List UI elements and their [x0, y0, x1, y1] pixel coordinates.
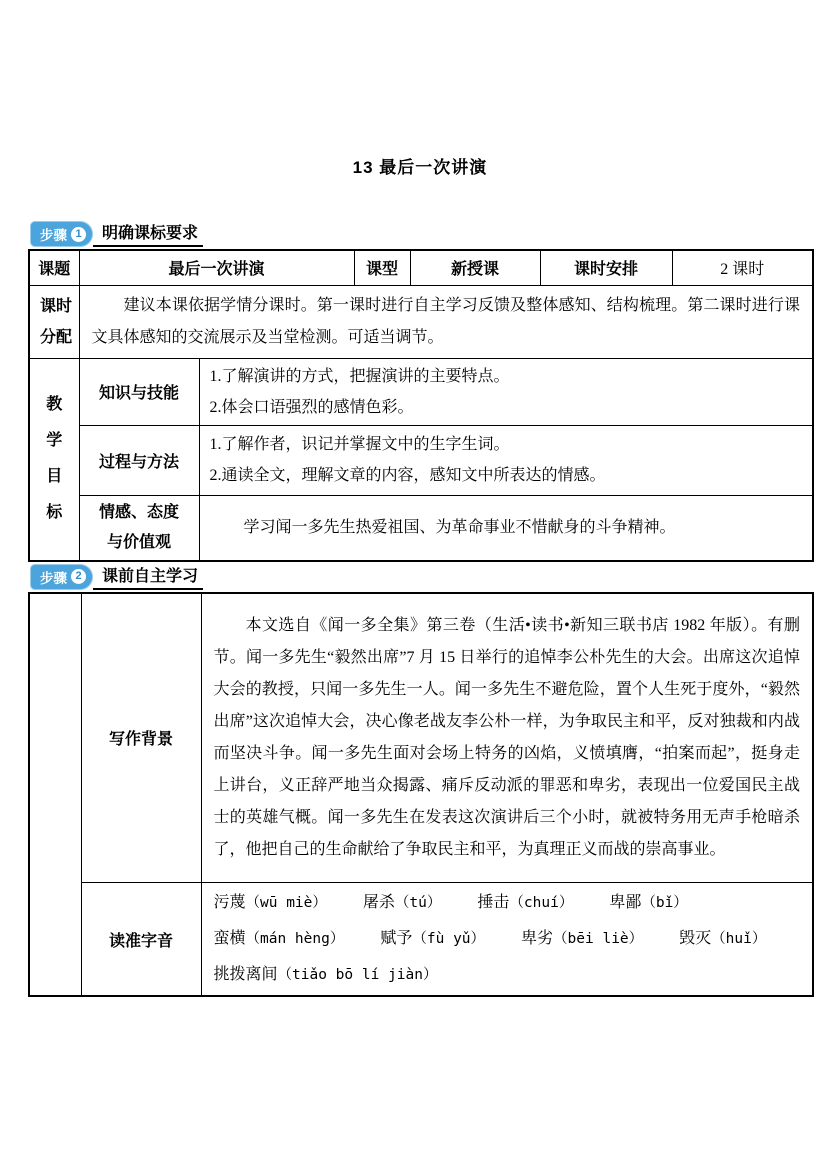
schedule-label-cell: 课时安排 — [540, 250, 672, 285]
step2-number-badge: 2 — [71, 569, 86, 584]
objectives-label: 教学目标 — [45, 387, 63, 531]
pronunciation-entry: 蛮横（mán hèng） — [214, 921, 345, 957]
self-study-table: 写作背景 本文选自《闻一多全集》第三卷（生活•读书•新知三联书店 1982 年版… — [28, 592, 814, 998]
topic-value-cell: 最后一次讲演 — [79, 250, 354, 285]
allocation-text-cell: 建议本课依据学情分课时。第一课时进行自主学习反馈及整体感知、结构梳理。第二课时进… — [79, 285, 813, 358]
background-label-cell: 写作背景 — [81, 593, 201, 883]
table-row: 课时分配 建议本课依据学情分课时。第一课时进行自主学习反馈及整体感知、结构梳理。… — [29, 285, 813, 358]
objective-category-cell: 情感、态度与价值观 — [79, 495, 199, 561]
document-page: 13 最后一次讲演 步骤 1 明确课标要求 课题 最后一次讲演 课型 新授课 课… — [0, 0, 827, 1169]
pronunciation-entry: 赋予（fù yǔ） — [380, 921, 485, 957]
lesson-overview-table: 课题 最后一次讲演 课型 新授课 课时安排 2 课时 课时分配 建议本课依据学情… — [28, 249, 814, 562]
pronunciation-line: 污蔑（wū miè） 屠杀（tú） 捶击（chuí） 卑鄙（bǐ） — [210, 885, 805, 921]
pinyin-text: （bǐ） — [641, 895, 687, 911]
objectives-label-cell: 教学目标 — [29, 358, 79, 561]
topic-label-cell: 课题 — [29, 250, 79, 285]
pronunciation-cell: 污蔑（wū miè） 屠杀（tú） 捶击（chuí） 卑鄙（bǐ） 蛮横（mán… — [201, 883, 813, 997]
pinyin-text: （tú） — [395, 895, 441, 911]
course-type-value-cell: 新授课 — [410, 250, 540, 285]
step2-badge-text: 步骤 — [40, 567, 67, 587]
course-type-label-cell: 课型 — [354, 250, 410, 285]
objective-category-cell: 过程与方法 — [79, 425, 199, 495]
pronunciation-entry: 污蔑（wū miè） — [214, 885, 327, 921]
table-row: 课题 最后一次讲演 课型 新授课 课时安排 2 课时 — [29, 250, 813, 285]
page-title: 13 最后一次讲演 — [28, 153, 812, 178]
step2-badge: 步骤 2 — [30, 564, 93, 590]
step1-title: 明确课标要求 — [93, 220, 203, 247]
objective-items-cell: 1.了解演讲的方式，把握演讲的主要特点。 2.体会口语强烈的感情色彩。 — [199, 358, 813, 425]
objective-item: 2.体会口语强烈的感情色彩。 — [208, 392, 805, 423]
objective-category: 情感、态度与价值观 — [96, 498, 182, 558]
objective-item: 1.了解作者，识记并掌握文中的生字生词。 — [208, 429, 805, 460]
pinyin-text: （chuí） — [509, 895, 573, 911]
pronunciation-line: 蛮横（mán hèng） 赋予（fù yǔ） 卑劣（bēi liè） 毁灭（hu… — [210, 921, 805, 957]
objective-item: 2.通读全文，理解文章的内容，感知文中所表达的情感。 — [208, 460, 805, 491]
step1-header: 步骤 1 明确课标要求 — [30, 222, 812, 247]
table-row: 情感、态度与价值观 学习闻一多先生热爱祖国、为革命事业不惜献身的斗争精神。 — [29, 495, 813, 561]
objective-category-cell: 知识与技能 — [79, 358, 199, 425]
objective-item: 1.了解演讲的方式，把握演讲的主要特点。 — [208, 361, 805, 392]
allocation-text: 建议本课依据学情分课时。第一课时进行自主学习反馈及整体感知、结构梳理。第二课时进… — [88, 288, 805, 356]
pinyin-text: （bēi liè） — [553, 931, 643, 947]
table-row: 写作背景 本文选自《闻一多全集》第三卷（生活•读书•新知三联书店 1982 年版… — [29, 593, 813, 883]
background-text: 本文选自《闻一多全集》第三卷（生活•读书•新知三联书店 1982 年版）。有删节… — [210, 608, 805, 868]
table-row: 读准字音 污蔑（wū miè） 屠杀（tú） 捶击（chuí） 卑鄙（bǐ） 蛮… — [29, 883, 813, 997]
pinyin-text: （tiǎo bō lí jiàn） — [278, 967, 438, 983]
allocation-label-cell: 课时分配 — [29, 285, 79, 358]
pronunciation-line: 挑拨离间（tiǎo bō lí jiàn） — [210, 957, 805, 993]
objective-items-cell: 1.了解作者，识记并掌握文中的生字生词。 2.通读全文，理解文章的内容，感知文中… — [199, 425, 813, 495]
background-text-cell: 本文选自《闻一多全集》第三卷（生活•读书•新知三联书店 1982 年版）。有删节… — [201, 593, 813, 883]
step1-number-badge: 1 — [71, 227, 86, 242]
pronunciation-label-cell: 读准字音 — [81, 883, 201, 997]
pronunciation-entry: 屠杀（tú） — [363, 885, 441, 921]
pinyin-text: （fù yǔ） — [412, 931, 485, 947]
pronunciation-entry: 卑鄙（bǐ） — [609, 885, 687, 921]
step2-header: 步骤 2 课前自主学习 — [30, 565, 812, 590]
table-row: 过程与方法 1.了解作者，识记并掌握文中的生字生词。 2.通读全文，理解文章的内… — [29, 425, 813, 495]
step1-badge: 步骤 1 — [30, 221, 93, 247]
pronunciation-entry: 卑劣（bēi liè） — [521, 921, 643, 957]
step2-title: 课前自主学习 — [93, 563, 203, 590]
pinyin-text: （wū miè） — [246, 895, 327, 911]
step1-badge-text: 步骤 — [40, 224, 67, 244]
pinyin-text: （huǐ） — [711, 931, 766, 947]
pronunciation-entry: 挑拨离间（tiǎo bō lí jiàn） — [214, 957, 438, 993]
spacer-cell — [29, 593, 81, 997]
table-row: 教学目标 知识与技能 1.了解演讲的方式，把握演讲的主要特点。 2.体会口语强烈… — [29, 358, 813, 425]
pinyin-text: （mán hèng） — [246, 931, 345, 947]
schedule-value-cell: 2 课时 — [672, 250, 813, 285]
objective-item: 学习闻一多先生热爱祖国、为革命事业不惜献身的斗争精神。 — [208, 513, 805, 543]
objective-items-cell: 学习闻一多先生热爱祖国、为革命事业不惜献身的斗争精神。 — [199, 495, 813, 561]
pronunciation-entry: 捶击（chuí） — [477, 885, 573, 921]
allocation-label: 课时分配 — [38, 291, 74, 353]
pronunciation-entry: 毁灭（huǐ） — [679, 921, 766, 957]
